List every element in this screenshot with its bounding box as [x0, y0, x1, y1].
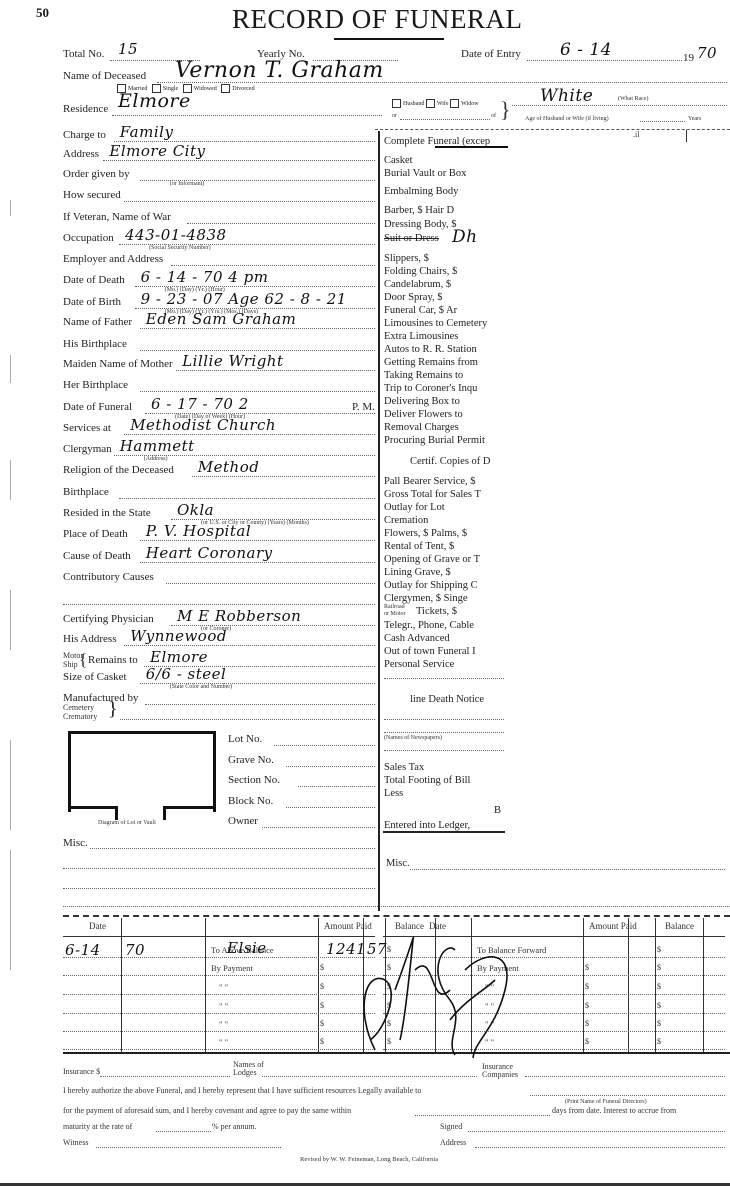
- date-of-entry-label: Date of Entry: [461, 48, 521, 60]
- ledger-amount[interactable]: $: [585, 1019, 589, 1028]
- ledger-amount[interactable]: $: [320, 1019, 324, 1028]
- ledger-row-line: [63, 1031, 375, 1032]
- charge-item: Pall Bearer Service, $: [384, 476, 476, 487]
- suit-value[interactable]: Dh: [452, 227, 478, 247]
- field-label: Date of Funeral: [63, 401, 132, 413]
- field-label: Employer and Address: [63, 253, 163, 265]
- charge-item: Outlay for Lot: [384, 502, 445, 513]
- newspapers-note: (Names of Newspapers): [384, 735, 442, 741]
- checkbox-wife[interactable]: [426, 99, 435, 108]
- crematory-label: Crematory: [63, 712, 97, 721]
- address-label: Address: [440, 1138, 466, 1147]
- field-value[interactable]: P. V. Hospital: [146, 522, 251, 540]
- charge-item: Outlay for Shipping C: [384, 580, 478, 591]
- director-note: (Print Name of Funeral Directors): [565, 1099, 647, 1105]
- field-line: [119, 498, 375, 499]
- scan-artifact: [10, 590, 11, 650]
- field-label: Order given by: [63, 168, 130, 180]
- ledger-amount[interactable]: $: [320, 1037, 324, 1046]
- checkbox-divorced[interactable]: [221, 84, 230, 93]
- field-label: His Birthplace: [63, 338, 127, 350]
- lot-diagram-edge: [68, 806, 118, 809]
- charge-item: Limousines to Cemetery: [384, 318, 487, 329]
- ledger-amount[interactable]: $: [320, 982, 324, 991]
- ledger-date[interactable]: 6-14: [65, 941, 101, 959]
- charge-item: Funeral Car, $ Ar: [384, 305, 457, 316]
- field-line: [176, 370, 375, 371]
- ledger-amount[interactable]: $: [320, 1001, 324, 1010]
- charge-item: Deliver Flowers to: [384, 409, 463, 420]
- misc-line: [63, 868, 375, 869]
- charge-item: Autos to R. R. Station: [384, 344, 477, 355]
- insurance-label: Insurance $: [63, 1067, 100, 1076]
- ledger-amount[interactable]: $: [585, 1037, 589, 1046]
- charge-item: Telegr., Phone, Cable: [384, 620, 474, 631]
- page-number: 50: [36, 5, 49, 21]
- checkbox-widow[interactable]: [450, 99, 459, 108]
- scan-artifact: [10, 200, 11, 216]
- charge-item: Dressing Body, $: [384, 219, 457, 230]
- maturity-suffix: % per annum.: [212, 1122, 257, 1131]
- charge-item: Trip to Coroner's Inqu: [384, 383, 477, 394]
- race-value[interactable]: White: [540, 86, 593, 106]
- charge-item: line Death Notice: [410, 694, 484, 705]
- ledger-desc-value[interactable]: Elsie: [227, 939, 267, 957]
- authorize-line: I hereby authorize the above Funeral, an…: [63, 1086, 421, 1095]
- ledger-rule: [383, 831, 505, 833]
- field-label: His Address: [63, 633, 116, 645]
- name-of-deceased-label: Name of Deceased: [63, 70, 146, 82]
- ledger-balance[interactable]: $: [657, 963, 661, 972]
- field-label: Religion of the Deceased: [63, 464, 174, 476]
- lot-field-line[interactable]: [274, 745, 375, 746]
- residence-label: Residence: [63, 103, 108, 115]
- charge-item: Lining Grave, $: [384, 567, 451, 578]
- lot-field-label: Owner: [228, 815, 258, 827]
- companies-line: [525, 1076, 725, 1077]
- field-value[interactable]: Lillie Wright: [182, 352, 283, 370]
- ledger-desc: By Payment: [211, 963, 253, 973]
- field-value[interactable]: Hammett: [120, 437, 195, 455]
- misc-line: [90, 848, 375, 849]
- charge-item: Less: [384, 788, 403, 799]
- age-spouse-unit: Years: [688, 116, 701, 122]
- field-line: [124, 645, 375, 646]
- insurance-line: [100, 1076, 230, 1077]
- field-label: Name of Father: [63, 316, 132, 328]
- field-label: Date of Death: [63, 274, 125, 286]
- cemetery-label: Cemetery: [63, 703, 94, 712]
- scan-artifact: [10, 460, 11, 500]
- ship-label: Ship: [63, 660, 78, 669]
- ledger-row-line: [63, 1013, 375, 1014]
- field-line: [103, 160, 375, 161]
- field-label: Certifying Physician: [63, 613, 154, 625]
- age-spouse-label: Age of Husband or Wife (if living): [525, 116, 609, 122]
- director-line: [530, 1095, 725, 1096]
- lot-field-label: Block No.: [228, 795, 273, 807]
- scan-artifact: [10, 850, 11, 970]
- field-line: [140, 350, 375, 351]
- charge-item: Gross Total for Sales T: [384, 489, 481, 500]
- field-line: [192, 476, 375, 477]
- lot-diagram-edge: [163, 806, 213, 809]
- spouse-line: [400, 119, 490, 120]
- year-prefix: 19: [683, 52, 694, 64]
- field-note: (or Informant): [170, 181, 205, 187]
- charge-item: Sales Tax: [384, 762, 424, 773]
- scan-mark: .il: [633, 130, 639, 139]
- ledger-year[interactable]: 70: [125, 941, 145, 959]
- field-note: (Social Security Number): [149, 245, 211, 251]
- ledger-desc: " ": [219, 982, 228, 992]
- field-label: Date of Birth: [63, 296, 121, 308]
- charge-item: Tickets, $: [416, 606, 457, 617]
- railroad-label: Railroad: [384, 604, 405, 610]
- charge-item: Suit or Dress: [384, 233, 439, 244]
- charge-item: Extra Limousines: [384, 331, 458, 342]
- brace-icon: {: [79, 650, 87, 670]
- field-label: Birthplace: [63, 486, 109, 498]
- scan-artifact: [10, 355, 11, 383]
- title-underline: [334, 38, 444, 40]
- charge-item: Door Spray, $: [384, 292, 443, 303]
- field-line: [140, 540, 375, 541]
- ledger-top-rule: [63, 915, 730, 917]
- rate-line: [156, 1131, 211, 1132]
- charge-item: Delivering Box to: [384, 396, 460, 407]
- field-label: Contributory Causes: [63, 571, 154, 583]
- field-line: [171, 265, 375, 266]
- charge-item: Getting Remains from: [384, 357, 478, 368]
- charge-item: Taking Remains to: [384, 370, 463, 381]
- field-label: Charge to: [63, 129, 106, 141]
- field-value[interactable]: Wynnewood: [130, 627, 227, 645]
- lodges-label-bottom: Lodges: [233, 1068, 257, 1077]
- charge-item: Opening of Grave or T: [384, 554, 480, 565]
- cemetery-line: [120, 719, 375, 720]
- address-line: [475, 1147, 725, 1148]
- field-line: [124, 201, 375, 202]
- scan-mark: [686, 130, 687, 142]
- ledger-desc: " ": [219, 1019, 228, 1029]
- field-line: [140, 328, 375, 329]
- ledger-desc: " ": [219, 1037, 228, 1047]
- field-value[interactable]: 6 - 17 - 70 2: [151, 395, 249, 413]
- charge-item: Clergymen, $ Singe: [384, 593, 468, 604]
- charge-item: Procuring Burial Permit: [384, 435, 485, 446]
- charge-item: Personal Service: [384, 659, 454, 670]
- year-value[interactable]: 70: [697, 44, 717, 62]
- field-value[interactable]: Family: [120, 123, 174, 141]
- field-line: [124, 434, 375, 435]
- spouse-or: or: [392, 113, 397, 119]
- residence-value[interactable]: Elmore: [118, 90, 191, 112]
- charge-line: [384, 678, 504, 679]
- charge-item: Rental of Tent, $: [384, 541, 454, 552]
- ledger-amount[interactable]: $: [585, 963, 589, 972]
- field-label: Cause of Death: [63, 550, 131, 562]
- charge-item: Cremation: [384, 515, 428, 526]
- age-spouse-line: [640, 121, 685, 122]
- lot-field-line[interactable]: [262, 827, 375, 828]
- charge-item: Total Footing of Bill: [384, 775, 470, 786]
- ledger-header-amount: Amount Paid: [589, 921, 637, 931]
- ledger-balance[interactable]: $: [657, 1037, 661, 1046]
- ledger-balance[interactable]: $: [657, 1019, 661, 1028]
- field-value[interactable]: 9 - 23 - 07 Age 62 - 8 - 21: [141, 290, 347, 308]
- marital-divorced[interactable]: Divorced: [221, 86, 254, 92]
- ledger-header-rule: [63, 936, 375, 937]
- field-value[interactable]: Methodist Church: [130, 416, 276, 434]
- lot-diagram-edge: [115, 806, 118, 820]
- maturity-line: maturity at the rate of: [63, 1122, 132, 1131]
- spouse-of: of: [491, 113, 496, 119]
- charge-item: Candelabrum, $: [384, 279, 451, 290]
- name-of-deceased-value[interactable]: Vernon T. Graham: [175, 58, 384, 83]
- ledger-amount[interactable]: $: [585, 982, 589, 991]
- paid-signature: [355, 930, 555, 1060]
- payment-line-a: for the payment of aforesaid sum, and I …: [63, 1106, 351, 1115]
- lot-field-line[interactable]: [298, 786, 375, 787]
- field-value[interactable]: 6/6 - steel: [146, 665, 227, 683]
- signed-line: [468, 1131, 725, 1132]
- ledger-desc: " ": [219, 1001, 228, 1011]
- charge-item: Cash Advanced: [384, 633, 450, 644]
- divider: [375, 129, 730, 130]
- field-label: Services at: [63, 422, 111, 434]
- field-line: [166, 583, 375, 584]
- field-line: [187, 223, 375, 224]
- brace-icon: }: [500, 97, 511, 123]
- charge-line: [384, 750, 504, 751]
- scan-artifact: [10, 740, 11, 830]
- lot-field-label: Section No.: [228, 774, 280, 786]
- column-divider: [378, 131, 380, 911]
- total-no-label: Total No.: [63, 48, 104, 60]
- field-label: Maiden Name of Mother: [63, 358, 173, 370]
- lot-diagram: [68, 731, 216, 812]
- field-suffix: P. M.: [352, 401, 375, 413]
- field-value[interactable]: M E Robberson: [177, 607, 301, 625]
- spouse-group: Husband Wife Widow: [392, 99, 479, 108]
- lodges-line: [262, 1076, 477, 1077]
- charge-item: Slippers, $: [384, 253, 429, 264]
- charge-item: Embalming Body: [384, 186, 458, 197]
- charge-item: Folding Chairs, $: [384, 266, 457, 277]
- field-label: Place of Death: [63, 528, 128, 540]
- signed-label: Signed: [440, 1122, 462, 1131]
- charges-misc-label: Misc.: [386, 858, 410, 869]
- residence-line: [112, 115, 382, 116]
- charge-item: Out of town Funeral I: [384, 646, 476, 657]
- revised-by: Revised by W. W. Feineman, Long Beach, C…: [300, 1156, 438, 1163]
- ledger-row-line: [63, 994, 375, 995]
- charge-item: Removal Charges: [384, 422, 459, 433]
- ledger-amount[interactable]: $: [320, 963, 324, 972]
- witness-line: [96, 1147, 281, 1148]
- date-of-entry-value[interactable]: 6 - 14: [560, 40, 612, 60]
- lot-field-label: Lot No.: [228, 733, 262, 745]
- charge-item: B: [494, 805, 501, 816]
- charge-item: Entered into Ledger,: [384, 820, 470, 831]
- misc-line: [63, 906, 730, 907]
- charge-line: [384, 719, 504, 720]
- charge-item: Certif. Copies of D: [410, 456, 491, 467]
- total-no-value[interactable]: 15: [118, 40, 138, 58]
- field-label: How secured: [63, 189, 121, 201]
- field-label: Resided in the State: [63, 507, 151, 519]
- field-note: (Address): [144, 456, 168, 462]
- field-label: Her Birthplace: [63, 379, 128, 391]
- misc-line: [63, 888, 375, 889]
- date-of-entry-line: [527, 60, 682, 61]
- field-value[interactable]: Eden Sam Graham: [146, 310, 297, 328]
- lot-field-line[interactable]: [286, 807, 375, 808]
- payment-line-b: days from date. Interest to accrue from: [552, 1106, 676, 1115]
- charge-item: Flowers, $ Palms, $: [384, 528, 467, 539]
- field-line: [140, 562, 375, 563]
- field-label: Remains to: [88, 654, 138, 666]
- field-label: If Veteran, Name of War: [63, 211, 171, 223]
- field-value[interactable]: 6 - 14 - 70 4 pm: [141, 268, 269, 286]
- charge-item: Barber, $ Hair D: [384, 205, 454, 216]
- ledger-header-date: Date: [89, 921, 106, 931]
- misc-label: Misc.: [63, 837, 88, 849]
- field-value[interactable]: Elmore: [150, 648, 208, 666]
- witness-label: Witness: [63, 1138, 88, 1147]
- lot-diagram-edge: [163, 806, 166, 820]
- charge-line: [384, 732, 504, 733]
- ledger-amount[interactable]: $: [585, 1001, 589, 1010]
- race-label: (What Race): [618, 96, 648, 102]
- field-label: Address: [63, 148, 99, 160]
- field-value[interactable]: 443-01-4838: [125, 226, 227, 244]
- field-label: Size of Casket: [63, 671, 127, 683]
- field-value[interactable]: Heart Coronary: [146, 544, 273, 562]
- brace-icon: }: [108, 698, 118, 721]
- charges-misc-line: [410, 869, 725, 870]
- field-label: Clergyman: [63, 443, 112, 455]
- ledger-balance[interactable]: $: [657, 982, 661, 991]
- ins-companies-bottom: Companies: [482, 1070, 518, 1079]
- field-value[interactable]: Okla: [177, 501, 214, 519]
- ledger-row-line: [63, 975, 375, 976]
- ledger-row-line: [63, 1049, 375, 1050]
- field-line: [145, 704, 375, 705]
- ledger-balance[interactable]: $: [657, 1001, 661, 1010]
- field-label: Occupation: [63, 232, 114, 244]
- lot-diagram-caption: Diagram of Lot or Vault: [98, 820, 156, 826]
- charge-item: Casket: [384, 155, 413, 166]
- ledger-header-balance: Balance: [665, 921, 694, 931]
- page-title: RECORD OF FUNERAL: [232, 4, 523, 35]
- funeral-underline: [435, 146, 508, 148]
- field-value[interactable]: Method: [198, 458, 260, 476]
- lot-field-line[interactable]: [286, 766, 375, 767]
- field-note: (State Color and Number): [170, 684, 232, 690]
- charge-item: Burial Vault or Box: [384, 168, 466, 179]
- field-line: [140, 391, 375, 392]
- field-line: [63, 604, 375, 605]
- ledger-balance[interactable]: $: [657, 945, 661, 954]
- motor-label: or Motor: [384, 611, 406, 617]
- field-value[interactable]: Elmore City: [109, 142, 205, 160]
- checkbox-husband[interactable]: [392, 99, 401, 108]
- days-line: [415, 1115, 550, 1116]
- lot-field-label: Grave No.: [228, 754, 274, 766]
